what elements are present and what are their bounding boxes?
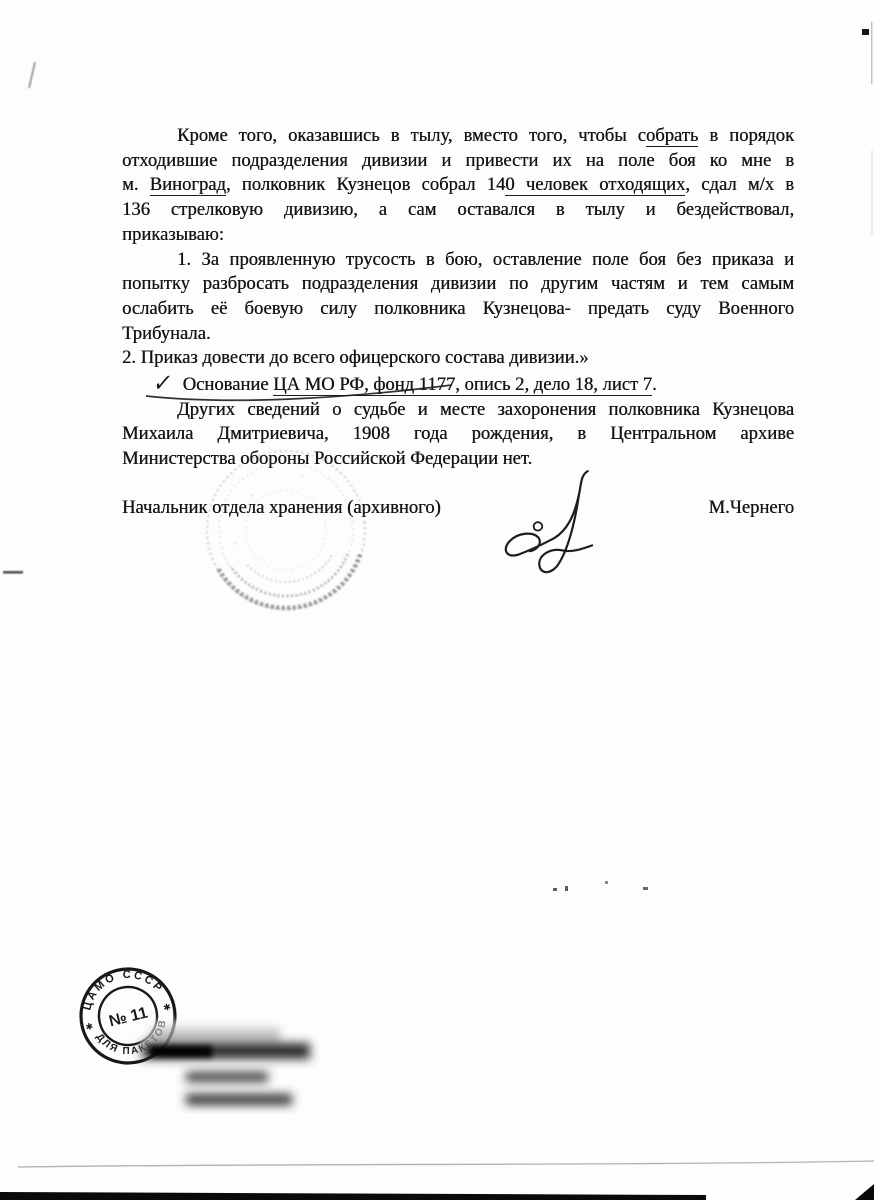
document-body: Кроме того, оказавшись в тылу, вместо то… <box>122 124 794 472</box>
body-text: 136 стрелковую дивизию, а сам оставался … <box>122 199 794 220</box>
body-text: попытку разбросать подразделения дивизии… <box>122 273 794 294</box>
underlined-text: обрать <box>646 125 698 147</box>
body-line: Трибунала. <box>122 322 794 347</box>
scanned-document-page: Кроме того, оказавшись в тылу, вместо то… <box>0 0 874 1200</box>
body-line: Михаила Дмитриевича, 1908 года рождения,… <box>122 422 794 447</box>
body-text: Других сведений о судьбе и месте захорон… <box>177 399 794 420</box>
body-line: Других сведений о судьбе и месте захорон… <box>122 398 794 423</box>
body-text: м. <box>122 174 150 195</box>
body-text: 2. Приказ довести до всего офицерского с… <box>122 347 589 368</box>
blurred-redacted-text <box>140 1020 325 1105</box>
svg-text:ЦАМО СССР: ЦАМО СССР <box>74 960 167 1015</box>
svg-text:ДЛЯ ПАКЕТОВ: ДЛЯ ПАКЕТОВ <box>92 1015 175 1065</box>
body-text: приказываю: <box>122 224 224 245</box>
body-line: приказываю: <box>122 223 794 248</box>
body-text: ослабить её боевую силу полковника Кузне… <box>122 298 794 319</box>
handwritten-signature <box>505 468 595 573</box>
body-line: 1. За проявленную трусость в бою, оставл… <box>122 248 794 273</box>
stamp-ring-bottom-text: ДЛЯ ПАКЕТОВ <box>92 1015 175 1065</box>
body-text: 1. За проявленную трусость в бою, оставл… <box>177 249 794 270</box>
body-text: Кроме того, оказавшись в тылу, вместо то… <box>177 125 646 146</box>
body-text: Основание <box>183 374 274 395</box>
signature-row: Начальник отдела хранения (архивного) М.… <box>122 497 794 519</box>
body-text: отходившие подразделения дивизии и приве… <box>122 150 794 171</box>
stamp-ring-top-text: ЦАМО СССР <box>74 960 167 1015</box>
underlined-archive-reference: ЦА МО РФ, фонд 1177, опись 2, дело 18, л… <box>273 374 652 396</box>
body-text: Трибунала. <box>122 323 211 344</box>
body-text: в порядок <box>698 125 794 146</box>
bottom-scan-edge <box>0 1161 874 1200</box>
body-line: Кроме того, оказавшись в тылу, вместо то… <box>122 124 794 149</box>
underlined-text: 0 человек отходящих <box>505 174 685 196</box>
round-stamp-no-11: ЦАМО СССР ДЛЯ ПАКЕТОВ ✱ ✱ № 11 <box>71 959 185 1073</box>
body-text: Михаила Дмитриевича, 1908 года рождения,… <box>122 423 794 444</box>
body-line: Министерства обороны Российской Федераци… <box>122 447 794 472</box>
body-line: попытку разбросать подразделения дивизии… <box>122 272 794 297</box>
body-line: 136 стрелковую дивизию, а сам оставался … <box>122 198 794 223</box>
stamp-number: № 11 <box>107 1004 149 1030</box>
body-text: . <box>652 374 657 395</box>
body-line: ослабить её боевую силу полковника Кузне… <box>122 297 794 322</box>
signer-name: М.Чернего <box>709 497 794 519</box>
underlined-text: Виноград <box>150 174 226 196</box>
body-line: м. Виноград, полковник Кузнецов собрал 1… <box>122 173 794 198</box>
body-line: отходившие подразделения дивизии и приве… <box>122 149 794 174</box>
body-line: 2. Приказ довести до всего офицерского с… <box>122 346 794 371</box>
stamp-star-icon: ✱ <box>85 1021 95 1033</box>
body-text: Министерства обороны Российской Федераци… <box>122 448 532 469</box>
handwritten-checkmark: ✓ <box>135 369 175 397</box>
body-text: , сдал м/х в <box>685 174 794 195</box>
body-text: , полковник Кузнецов собрал 14 <box>226 174 505 195</box>
body-line-basis: ✓Основание ЦА МО РФ, фонд 1177, опись 2,… <box>122 371 794 398</box>
stamp-star-icon: ✱ <box>162 1002 172 1014</box>
signer-title: Начальник отдела хранения (архивного) <box>122 497 441 519</box>
